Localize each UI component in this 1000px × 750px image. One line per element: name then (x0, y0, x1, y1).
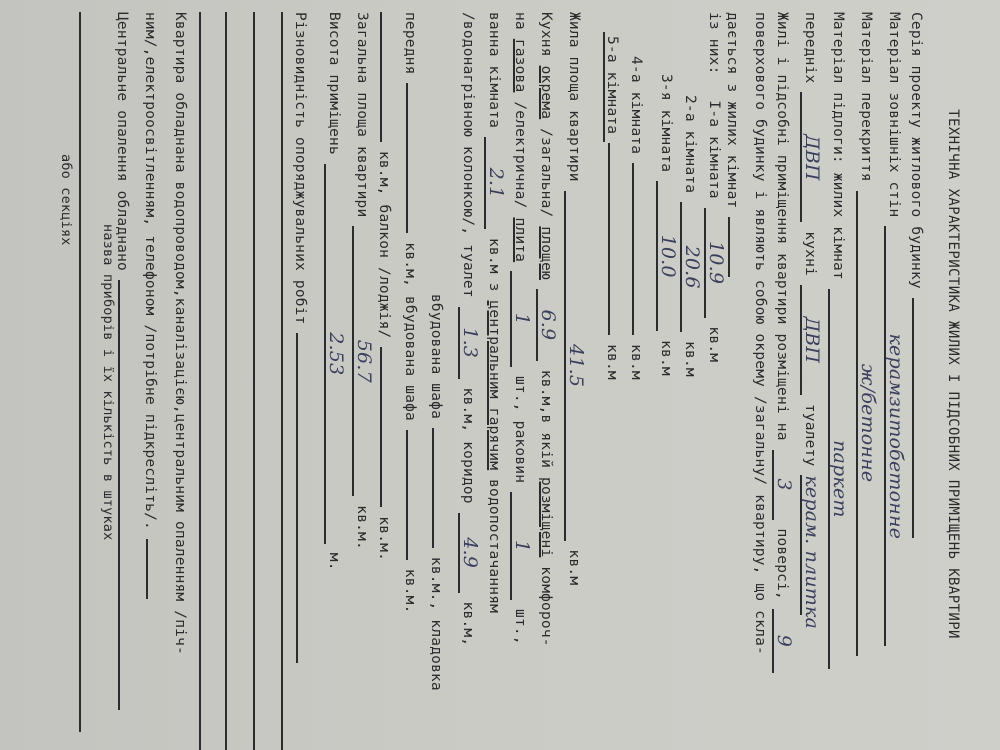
value-heating[interactable] (118, 280, 139, 710)
room-row-5: 5-а кімната кв.м (607, 36, 629, 750)
label-balcony: кв.м, балкон /лоджія/ (376, 151, 392, 339)
label-floor-material: Матеріал підлоги: (830, 12, 846, 164)
field-height: Висота приміщень 2.53 м. (323, 12, 345, 750)
unit-living-area: кв.м (566, 550, 582, 586)
document-title: ТЕХНІЧНА ХАРАКТЕРИСТИКА ЖИЛИХ І ПІДСОБНИ… (945, 0, 961, 750)
label-kitchen-na: на (512, 12, 528, 30)
value-room-1[interactable]: 10.9 (704, 208, 725, 318)
field-wardrobe: вбудована шафа кв.м., кладовка (431, 294, 453, 750)
value-kitchen-area[interactable]: 6.9 (536, 289, 557, 361)
photo-background: ТЕХНІЧНА ХАРАКТЕРИСТИКА ЖИЛИХ І ПІДСОБНИ… (0, 0, 1000, 750)
label-wardrobe: вбудована шафа (428, 294, 444, 419)
label-floor-kitchen: кухні (802, 231, 818, 276)
finishing-line-3 (253, 12, 255, 750)
label-hall-wardrobe: кв.м, вбудована шафа (402, 242, 418, 421)
value-bathroom-area[interactable]: 2.1 (484, 137, 505, 229)
room-row-2: 2-а кімната 20.6 кв.м (679, 95, 701, 750)
option-central-hot-water: центральним гарячим (486, 301, 502, 471)
finishing-line-4 (225, 12, 227, 750)
label-project-series: Серія проекту житлового будинку (908, 12, 924, 289)
field-kitchen-2: на газова /електрична/ плита 1 шт., рако… (509, 12, 531, 750)
unit-balcony: кв.м. (376, 516, 392, 561)
label-finishing: Різновидність опоряджувальних робіт (292, 12, 308, 325)
heating-sections: або секціях (55, 154, 77, 750)
value-finishing[interactable] (296, 333, 317, 663)
field-living-area: Жила площа квартири 41.5 кв.м (563, 12, 585, 750)
label-room-5: 5-а кімната (604, 36, 620, 134)
heating-line-2 (79, 12, 81, 732)
unit-total-area: кв.м. (354, 505, 370, 550)
unit-room-2: кв.м (682, 341, 698, 377)
field-total-area: Загальна площа квартири 56.7 кв.м. (351, 12, 373, 750)
value-rooms-count[interactable] (728, 217, 749, 277)
value-ceilings[interactable]: ж/бетонне (856, 191, 877, 656)
room-row-4: 4-а кімната кв.м (631, 56, 653, 750)
field-hall: передня кв.м, вбудована шафа кв.м. (405, 12, 427, 750)
value-floor-kitchen[interactable]: ДВП (800, 285, 821, 395)
value-room-5[interactable] (608, 143, 629, 335)
label-bathroom-with: кв.м з (486, 238, 502, 292)
value-living-area[interactable]: 41.5 (564, 191, 585, 541)
label-room-4: 4-а кімната (628, 56, 644, 154)
utilities-line-1: Квартира обладнана водопроводом,каналіза… (169, 12, 191, 750)
utilities-line-2: ним/,електроосвітленням, телефоном /потр… (145, 12, 167, 750)
label-utilities: Квартира обладнана водопроводом,каналіза… (172, 12, 188, 655)
heating-caption: назва приборів і їх кількість в штуках (97, 224, 119, 750)
finishing-line-5 (199, 12, 201, 750)
label-corridor: кв.м, коридор (460, 388, 476, 504)
label-floor-living: жилих кімнат (830, 173, 846, 280)
value-hall-wardrobe-area[interactable] (406, 430, 427, 560)
value-utilities-extra[interactable] (146, 539, 167, 599)
label-ceilings: Матеріал перекриття (858, 12, 874, 182)
label-kitchen-burners: комфороч- (538, 566, 554, 646)
value-room-4[interactable] (632, 163, 653, 335)
unit-room-5: кв.м (604, 344, 620, 380)
value-total-area[interactable]: 56.7 (352, 226, 373, 496)
field-bathroom-1: ванна кімната 2.1 кв.м з центральним гар… (483, 12, 505, 750)
field-floor-living: Матеріал підлоги: жилих кімнат паркет (827, 12, 849, 750)
location-line-2: поверхового будинку і являють собою окре… (749, 12, 771, 750)
option-kitchen-separate: окрема (538, 66, 554, 120)
field-location: Жилі і підсобні приміщення квартири розм… (771, 12, 793, 750)
label-exterior-walls: Матеріал зовнішніх стін (886, 12, 902, 217)
unit-room-1: кв.м (706, 327, 722, 363)
label-consists-of: дається з (724, 12, 740, 92)
label-living-rooms: жилих кімнат (724, 101, 740, 208)
field-kitchen-1: Кухня окрема /загальна/ площею 6.9 кв.м,… (535, 12, 557, 750)
unit-corridor: кв.м, (460, 602, 476, 647)
label-bathroom: ванна кімната (486, 12, 502, 128)
value-balcony-area[interactable] (380, 347, 401, 507)
option-stove-gas: газова (512, 39, 528, 93)
value-corridor-area[interactable]: 4.9 (458, 513, 479, 593)
label-toilet: /водонагрівною колонкою/, туалет (460, 12, 476, 298)
value-hall-area[interactable] (406, 83, 427, 233)
field-floor-other: передніх ДВП кухні ДВП туалету керам. пл… (799, 12, 821, 750)
label-water-supply: водопостачанням (486, 479, 502, 613)
value-stoves[interactable]: 1 (510, 271, 531, 367)
label-room-3: 3-я кімната (658, 74, 674, 172)
label-room-1: І-а кімната (706, 100, 722, 198)
field-finishing: Різновидність опоряджувальних робіт (295, 12, 317, 750)
value-storage-area[interactable] (380, 12, 401, 142)
room-row-3: 3-я кімната 10.0 кв.м (655, 74, 677, 750)
value-height[interactable]: 2.53 (324, 164, 345, 544)
value-room-3[interactable]: 10.0 (656, 181, 677, 331)
location-line-3: дається з жилих кімнат (727, 12, 749, 750)
label-sections: або секціях (58, 154, 74, 246)
unit-room-4: кв.м (628, 344, 644, 380)
value-exterior-walls[interactable]: керамзитобетонне (884, 226, 905, 646)
finishing-line-2 (281, 12, 283, 750)
label-kitchen-in-which: кв.м,в якій (538, 370, 554, 468)
value-floor-living[interactable]: паркет (828, 289, 849, 669)
label-location-2: поверхового будинку і являють собою окре… (752, 12, 768, 655)
blank-line (603, 32, 605, 142)
option-kitchen-shared: /загальна/ (538, 128, 554, 217)
label-kitchen-area: площею (538, 226, 554, 280)
unit-hall-wardrobe: кв.м. (402, 569, 418, 614)
label-utilities-2: ним/,електроосвітленням, телефоном /потр… (142, 12, 158, 530)
value-sinks[interactable]: 1 (510, 492, 531, 600)
label-total-area: Загальна площа квартири (354, 12, 370, 217)
value-room-2[interactable]: 20.6 (680, 202, 701, 332)
label-location: Жилі і підсобні приміщення квартири розм… (774, 12, 790, 441)
value-floors-total[interactable]: 9 (772, 609, 793, 673)
label-height: Висота приміщень (326, 12, 342, 155)
field-bathroom-2: /водонагрівною колонкою/, туалет 1.3 кв.… (457, 12, 479, 750)
label-stove: плита (512, 217, 528, 262)
option-stove-electric: /електрична/ (512, 101, 528, 208)
room-row-1: із них: І-а кімната 10.9 кв.м (703, 12, 725, 750)
label-kitchen-placed: розміщені (538, 477, 554, 557)
label-of-them: із них: (706, 12, 722, 75)
value-floor-hall[interactable]: ДВП (800, 92, 821, 222)
value-wardrobe-area[interactable] (432, 428, 453, 548)
unit-sinks: шт., (512, 609, 528, 645)
label-kitchen: Кухня (538, 12, 554, 57)
value-project-series[interactable] (912, 298, 933, 538)
field-ceilings: Матеріал перекриття ж/бетонне (855, 12, 877, 750)
field-balcony: кв.м, балкон /лоджія/ кв.м. (379, 12, 401, 750)
label-hall: передня (402, 12, 418, 75)
label-room-2: 2-а кімната (682, 95, 698, 193)
value-toilet-area[interactable]: 1.3 (458, 307, 479, 379)
field-project-series: Серія проекту житлового будинку (911, 12, 933, 750)
value-floor-number[interactable]: 3 (772, 450, 793, 520)
unit-height: м. (326, 553, 342, 571)
value-floor-toilet[interactable]: керам. плитка (800, 475, 821, 615)
label-living-area: Жила площа квартири (566, 12, 582, 182)
label-heating-caption: назва приборів і їх кількість в штуках (100, 224, 116, 540)
field-heating: Центральне опалення обладнано (117, 12, 139, 750)
document-page: ТЕХНІЧНА ХАРАКТЕРИСТИКА ЖИЛИХ І ПІДСОБНИ… (0, 0, 1000, 750)
field-exterior-walls: Матеріал зовнішніх стін керамзитобетонне (883, 12, 905, 750)
unit-room-3: кв.м (658, 340, 674, 376)
label-floor-hall: передніх (802, 12, 818, 83)
label-storage: кв.м., кладовка (428, 557, 444, 691)
label-sinks: шт., раковин (512, 376, 528, 483)
label-floor-toilet: туалету (802, 404, 818, 467)
label-floor-suffix: поверсі, (774, 529, 790, 600)
